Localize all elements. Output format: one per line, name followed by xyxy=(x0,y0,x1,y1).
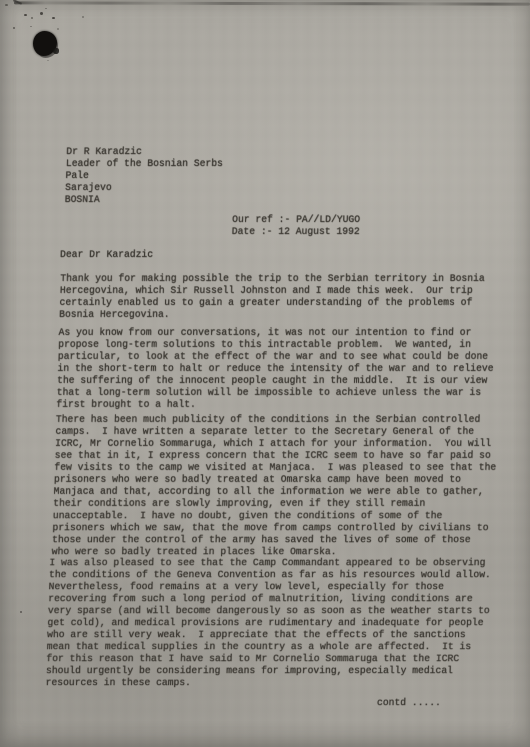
recipient-address: Dr R Karadzic Leader of the Bosnian Serb… xyxy=(65,146,224,206)
scanned-letter-page: Dr R Karadzic Leader of the Bosnian Serb… xyxy=(0,0,530,747)
date-line: Date :- 12 August 1992 xyxy=(232,226,360,238)
salutation: Dear Dr Karadzic xyxy=(60,249,153,261)
letter-paragraph-2: As you know from our conversations, it w… xyxy=(56,327,495,411)
continuation-note: contd ..... xyxy=(377,697,441,709)
letter-content: Dr R Karadzic Leader of the Bosnian Serb… xyxy=(0,0,530,747)
letter-paragraph-4: I was also pleased to see that the Camp … xyxy=(45,557,491,689)
our-ref-line: Our ref :- PA//LD/YUGO xyxy=(232,214,360,226)
letter-paragraph-3: There has been much publicity of the con… xyxy=(51,414,497,558)
letter-paragraph-1: Thank you for making possible the trip t… xyxy=(59,273,485,321)
reference-block: Our ref :- PA//LD/YUGO Date :- 12 August… xyxy=(232,214,361,238)
